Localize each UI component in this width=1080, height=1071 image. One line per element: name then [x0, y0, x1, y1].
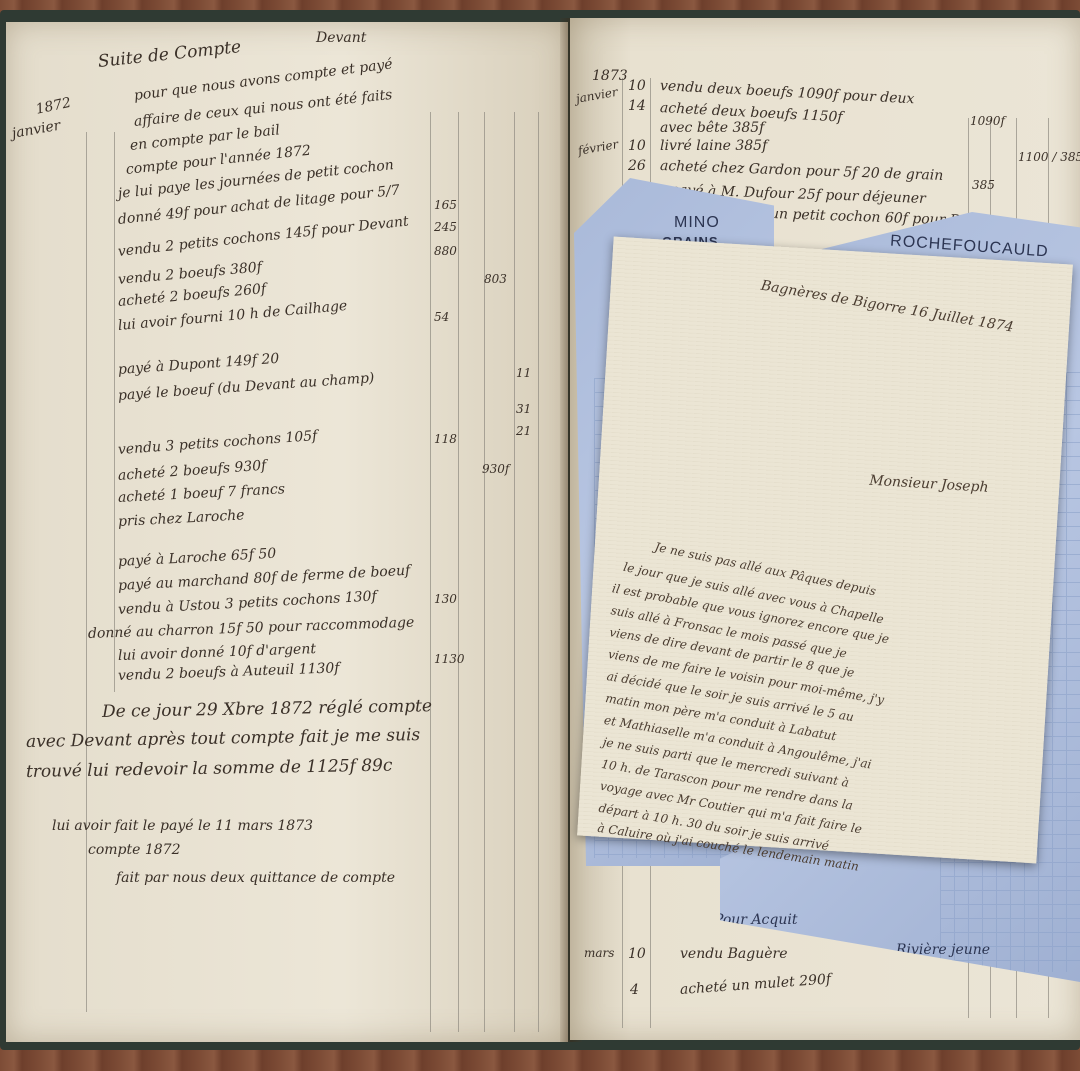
- amount: 11: [516, 366, 531, 380]
- amount: 803: [484, 272, 507, 286]
- settlement-note: compte 1872: [88, 842, 181, 858]
- letter-place-date: Bagnères de Bigorre 16 Juillet 1874: [760, 278, 1015, 336]
- settlement-line: avec Devant après tout compte fait je me…: [26, 725, 421, 752]
- amount: 118: [434, 432, 457, 446]
- day: 10: [628, 946, 646, 962]
- amount: 31: [516, 402, 531, 416]
- amount: 1130: [434, 652, 465, 666]
- ledger-entry: acheté 2 boeufs 930f: [117, 458, 266, 484]
- ledger-entry: donné au charron 15f 50 pour raccommodag…: [88, 615, 415, 642]
- year-label: 1873: [592, 68, 628, 84]
- ledger-entry: acheté 1 boeuf 7 francs: [118, 481, 286, 506]
- amount: 54: [434, 310, 449, 324]
- settlement-line: trouvé lui redevoir la somme de 1125f 89…: [26, 756, 393, 782]
- settlement-note: lui avoir fait le payé le 11 mars 1873: [52, 818, 313, 834]
- amount: 385: [972, 178, 995, 192]
- ledger-entry: acheté chez Gardon pour 5f 20 de grain: [660, 158, 944, 184]
- ledger-entry: livré laine 385f: [660, 138, 767, 154]
- letter-salutation: Monsieur Joseph: [869, 473, 989, 496]
- column-rule: [538, 112, 539, 1032]
- ledger-entry: avec bête 385f: [660, 120, 764, 136]
- month-label: janvier: [11, 118, 62, 142]
- amount: 930f: [482, 462, 509, 476]
- amount: 165: [434, 198, 457, 212]
- column-rule: [430, 112, 431, 1032]
- amount: 1100 / 385: [1018, 150, 1080, 164]
- month-label: janvier: [575, 85, 619, 106]
- column-rule: [114, 132, 115, 692]
- ledger-left-page: Suite de Compte Devant 1872 janvier pour…: [6, 22, 568, 1042]
- day: 26: [628, 158, 646, 174]
- amount: 21: [516, 424, 531, 438]
- ledger-entry: payé à Dupont 149f 20: [117, 351, 279, 378]
- ledger-entry: pris chez Laroche: [118, 507, 245, 530]
- column-rule: [514, 112, 515, 1032]
- column-rule: [458, 112, 459, 1032]
- ledger-entry: lui avoir donné 10f d'argent: [118, 641, 317, 664]
- ledger-entry: payé à Laroche 65f 50: [118, 546, 277, 570]
- ledger-entry: vendu à Ustou 3 petits cochons 130f: [118, 588, 378, 618]
- month-label: février: [577, 137, 620, 158]
- day: 10: [628, 78, 646, 94]
- page-heading: Suite de Compte: [97, 37, 242, 72]
- day: 10: [628, 138, 646, 154]
- ledger-entry: vendu 2 boeufs à Auteuil 1130f: [118, 660, 340, 684]
- amount: 880: [434, 244, 457, 258]
- column-rule: [86, 132, 87, 1012]
- day: 4: [630, 982, 639, 998]
- amount: 1090f: [970, 114, 1005, 128]
- amount: 130: [434, 592, 457, 606]
- ledger-entry: acheté un mulet 290f: [679, 971, 831, 998]
- settlement-note: fait par nous deux quittance de compte: [116, 870, 395, 886]
- account-name: Devant: [316, 30, 366, 46]
- year-label: 1872: [34, 95, 72, 118]
- ledger-entry: vendu 3 petits cochons 105f: [117, 428, 317, 458]
- handwritten-letter: Bagnères de Bigorre 16 Juillet 1874 Mons…: [577, 237, 1073, 864]
- month-label: mars: [584, 946, 614, 960]
- amount: 245: [434, 220, 457, 234]
- settlement-line: De ce jour 29 Xbre 1872 réglé compte: [102, 696, 432, 722]
- ledger-entry: vendu Baguère: [680, 946, 788, 962]
- column-rule: [484, 112, 485, 1032]
- day: 14: [628, 98, 646, 114]
- invoice-print: MINO: [674, 214, 720, 232]
